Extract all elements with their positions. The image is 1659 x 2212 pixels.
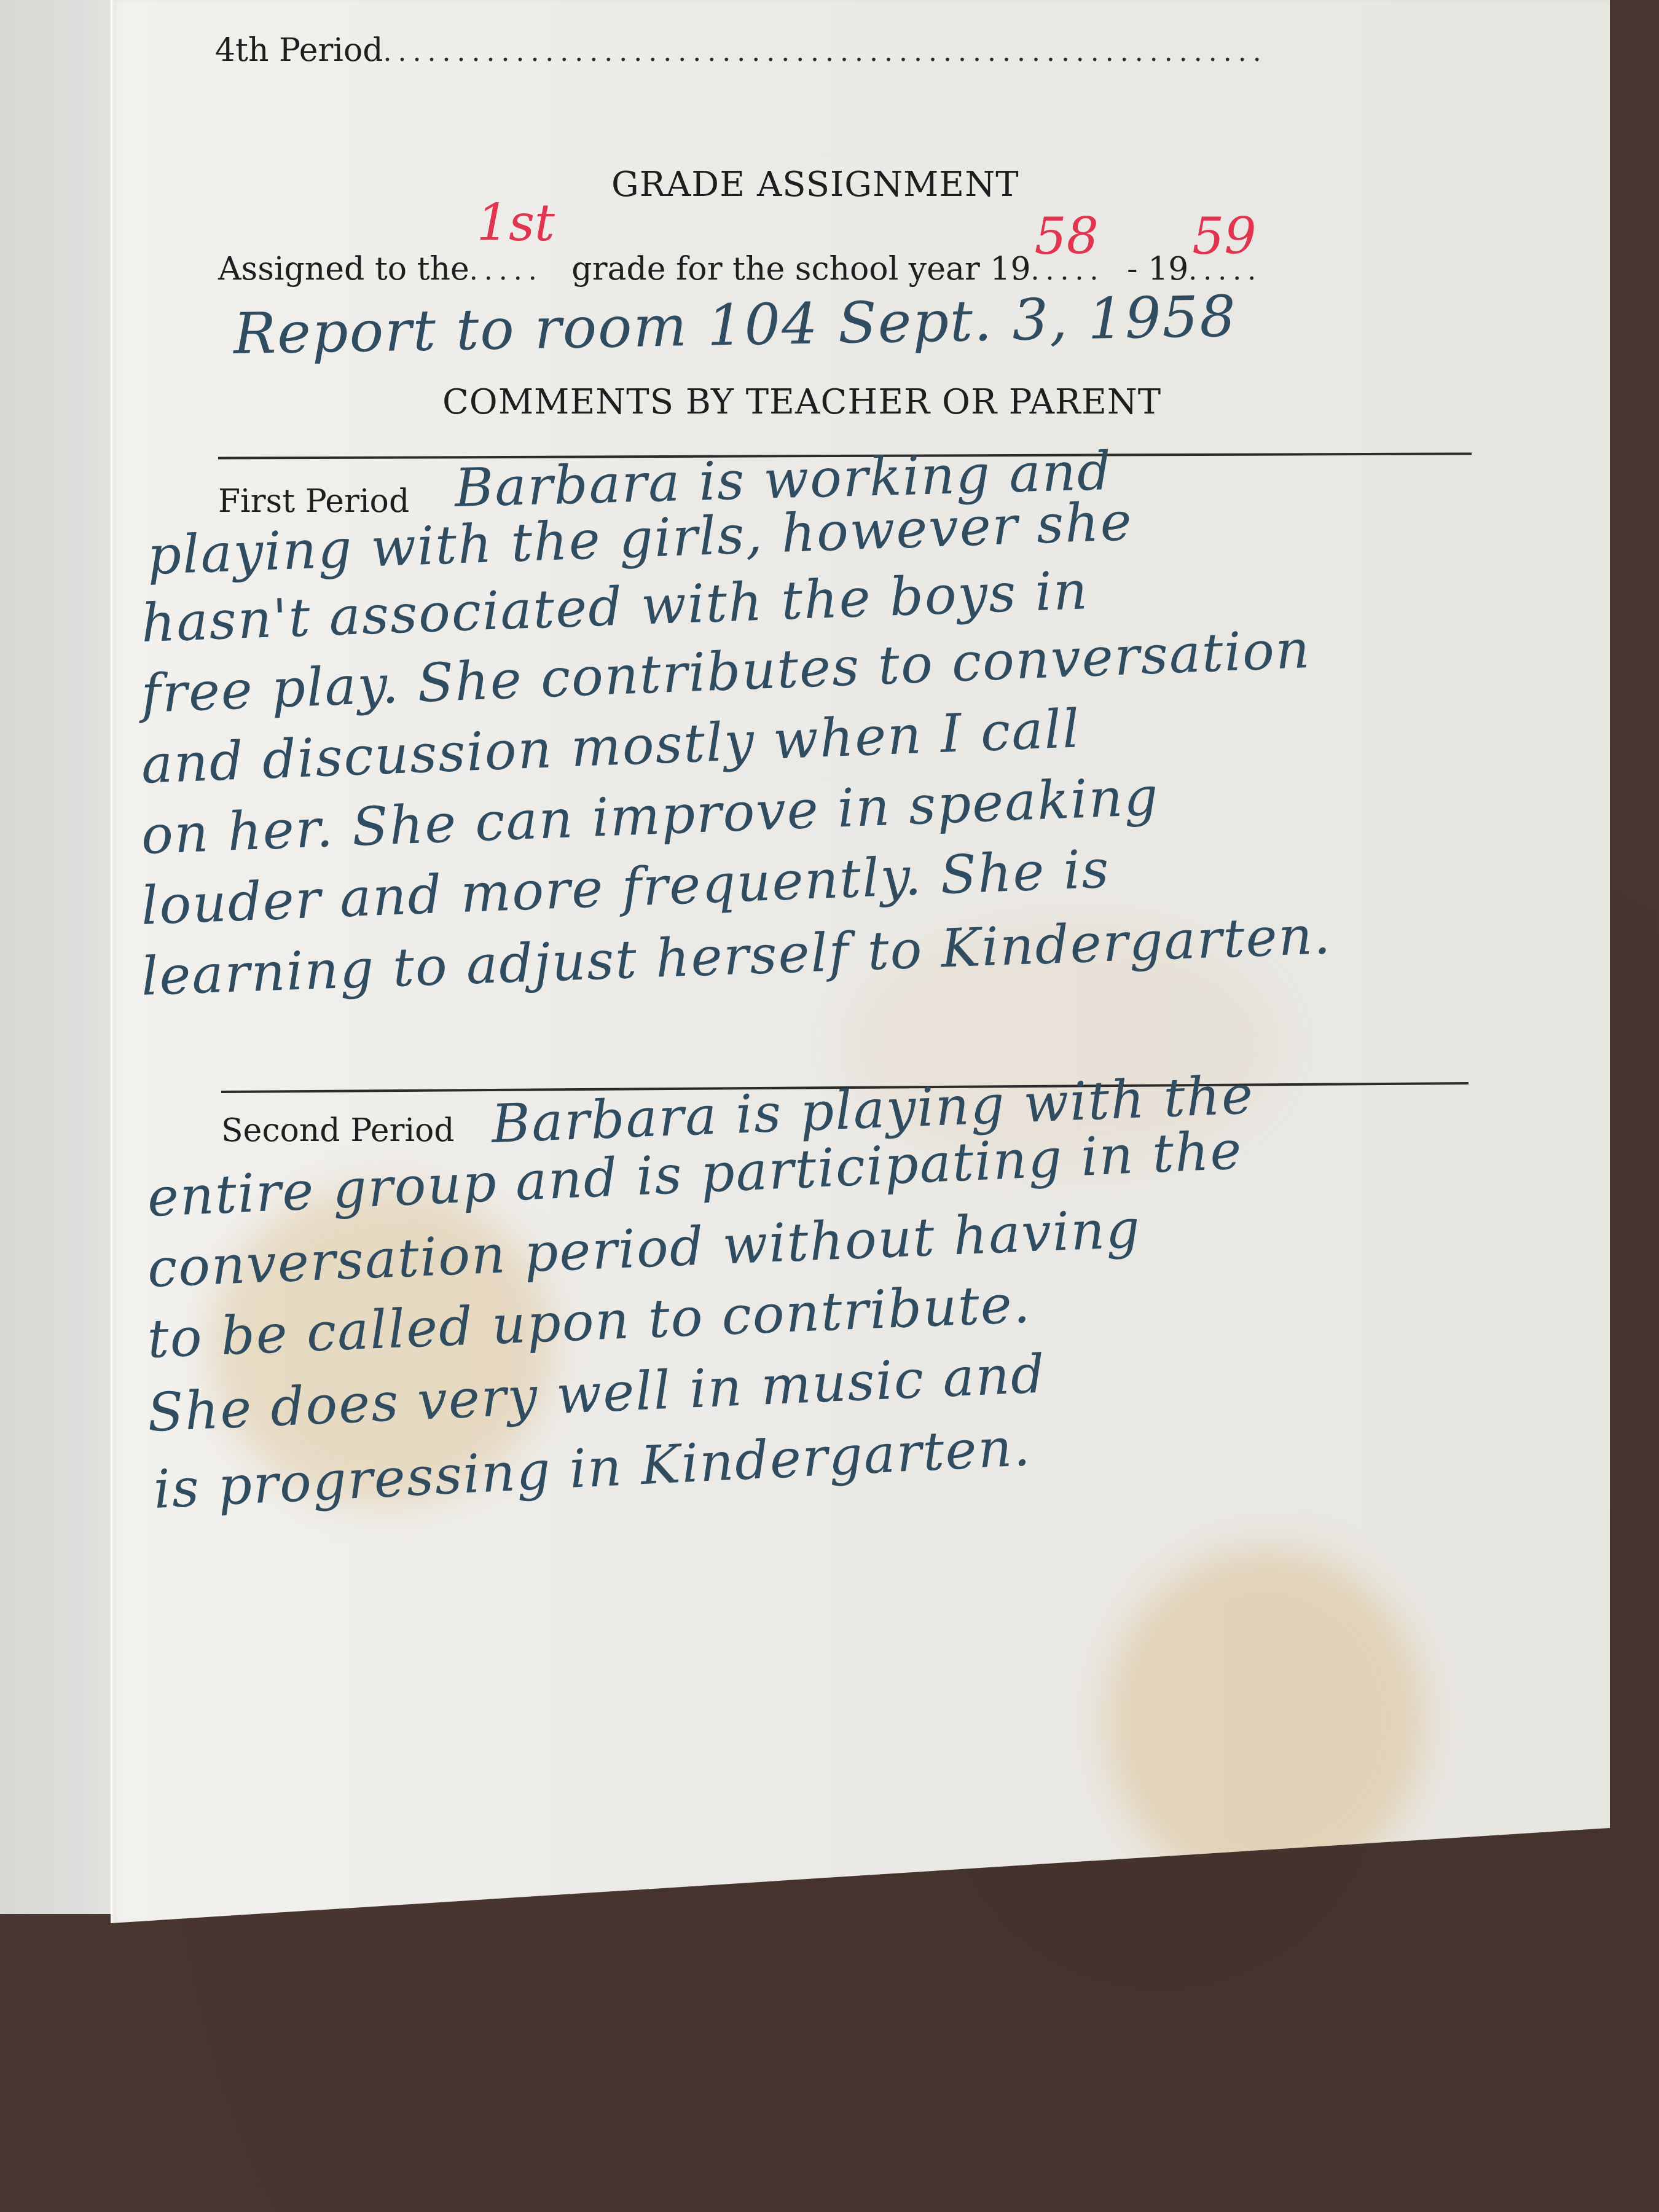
fourth-period-leader-dots: ........................................… [383, 36, 1268, 68]
grade-dots: ..... [469, 255, 543, 286]
first-period-label: First Period [218, 483, 409, 520]
grade-value: 1st [477, 194, 555, 253]
water-stain [1106, 1548, 1426, 1892]
fourth-period-label: 4th Period..............................… [215, 32, 1268, 69]
fourth-period-label-text: 4th Period [215, 32, 383, 69]
previous-page-edge [0, 0, 117, 1914]
grade-assignment-heading: GRADE ASSIGNMENT [611, 165, 1019, 205]
handwritten-room-note: Report to room 104 Sept. 3, 1958 [233, 284, 1237, 367]
report-card-page: 4th Period..............................… [111, 0, 1610, 1923]
comments-heading: COMMENTS BY TEACHER OR PARENT [442, 382, 1161, 422]
year-start-value: 58 [1035, 208, 1099, 266]
assigned-prefix: Assigned to the [218, 251, 469, 288]
year-end-value: 59 [1192, 208, 1256, 266]
year-separator: - 19 [1127, 251, 1188, 288]
school-year-label: grade for the school year 19 [571, 251, 1030, 288]
grade-assignment-line: Assigned to the1st..... grade for the sc… [218, 251, 1274, 288]
second-period-label: Second Period [221, 1112, 455, 1149]
